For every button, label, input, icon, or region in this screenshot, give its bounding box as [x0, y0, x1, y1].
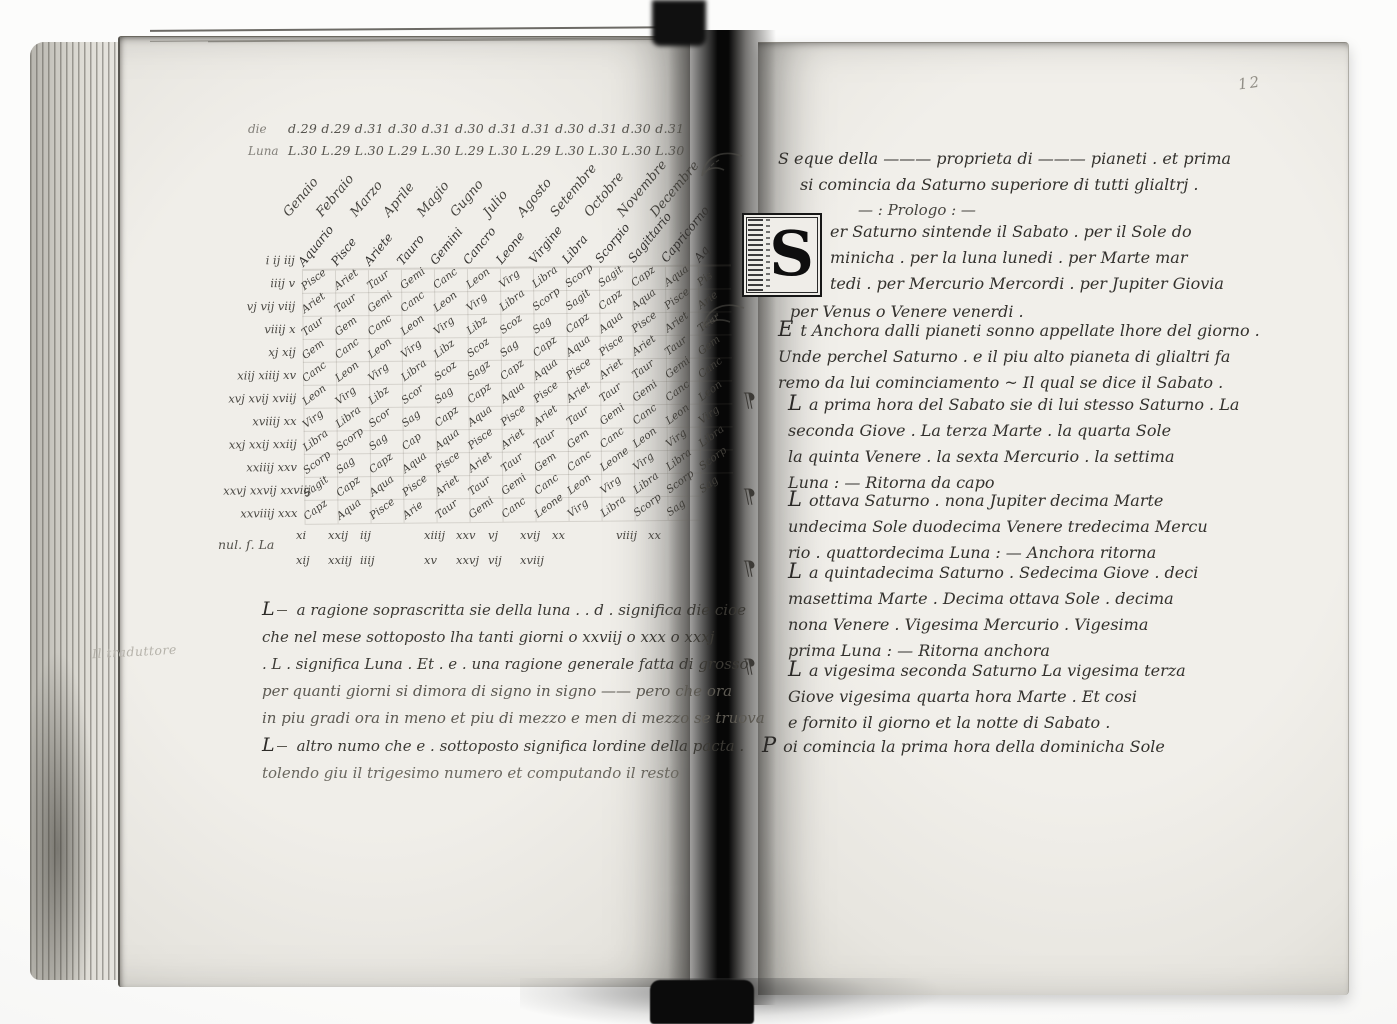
- zodiac-sign: Sagit: [563, 287, 592, 313]
- zodiac-sign: Pisce: [433, 449, 463, 475]
- zodiac-sign: Taur: [433, 497, 460, 521]
- zodiac-cell: Ariet: [502, 428, 535, 452]
- zodiac-sign: Leon: [631, 425, 659, 450]
- epact-value: [648, 553, 680, 567]
- zodiac-cell: Sag: [402, 406, 435, 430]
- zodiac-table: i ij iijAquarioPisceArieteTauroGeminiCan…: [220, 217, 733, 523]
- zodiac-sign: Leon: [431, 289, 459, 314]
- zodiac-sign: Ariet: [299, 290, 327, 315]
- luna-cell: L.29: [321, 143, 354, 158]
- note-initial: L: [262, 598, 287, 620]
- zodiac-sign: Pisce: [498, 402, 528, 428]
- paragraph-line: La prima hora del Sabato sie di lui stes…: [788, 390, 1239, 418]
- rubric-line-2: si comincia da Saturno superiore di tutt…: [800, 172, 1199, 198]
- zodiac-cell: Canc: [502, 497, 535, 522]
- zodiac-sign: Ariet: [466, 450, 494, 475]
- paragraph-initial: L: [788, 391, 802, 415]
- note-line: tolendo giu il trigesimo numero et compu…: [262, 760, 742, 787]
- die-cell: d.30: [555, 121, 588, 136]
- zodiac-sign: Canc: [565, 448, 594, 474]
- zodiac-cell: Scorp: [700, 449, 733, 473]
- zodiac-sign: Capz: [301, 497, 329, 522]
- zodiac-cell: Virg: [369, 361, 402, 385]
- folio-number: 12: [1237, 72, 1262, 93]
- zodiac-cell: Aqua: [337, 499, 370, 524]
- zodiac-sign: Pisce: [564, 356, 594, 382]
- epact-row-label: nul. ſ. La: [218, 537, 274, 552]
- zodiac-sign: Taur: [332, 291, 359, 315]
- luna-cell: L.30: [622, 143, 655, 158]
- day-numerals-label: xj xij: [222, 342, 303, 363]
- zodiac-sign: Canc: [333, 336, 362, 362]
- luna-cell: L.30: [488, 143, 521, 158]
- die-cell: d.31: [488, 121, 521, 136]
- epact-value: xxij: [328, 528, 360, 542]
- note-paragraph-pacta: Laltro numo che e . sottoposto significa…: [262, 732, 742, 787]
- day-numerals-label: viiij x: [221, 319, 302, 340]
- zodiac-cell: Sag: [667, 496, 700, 521]
- zodiac-sign: Scorp: [530, 285, 562, 313]
- epact-value: vij: [488, 553, 520, 567]
- zodiac-sign: Gemi: [597, 401, 627, 427]
- epact-value: xxiij: [328, 553, 360, 567]
- zodiac-sign: Aqua: [400, 450, 429, 476]
- zodiac-cell: Scorp: [634, 496, 667, 521]
- text-paragraph: La quintadecima Saturno . Sedecima Giove…: [788, 558, 1198, 664]
- zodiac-sign: Cancro: [460, 224, 499, 267]
- capitulum-mark-icon: ¶: [744, 388, 757, 412]
- zodiac-sign: Gemi: [466, 495, 496, 521]
- zodiac-sign: Scor: [366, 406, 393, 430]
- zodiac-cell: Pisce: [370, 499, 403, 524]
- paragraph-line: La vigesima seconda Saturno La vigesima …: [788, 656, 1186, 684]
- zodiac-sign: Gem: [532, 450, 559, 474]
- zodiac-sign: Capz: [432, 404, 460, 429]
- zodiac-sign: Ariet: [597, 356, 625, 381]
- zodiac-sign: Leon: [464, 266, 492, 291]
- day-numerals-label: iiij v: [221, 273, 302, 294]
- month-label: Agosto: [514, 176, 555, 220]
- zodiac-cell: Leon: [634, 427, 667, 451]
- quill-flourish-icon: [698, 146, 746, 194]
- zodiac-sign: Leon: [300, 382, 328, 407]
- zodiac-cell: Ariet: [633, 335, 666, 359]
- zodiac-sign: Canc: [366, 312, 395, 338]
- die-cell: d.31: [522, 121, 555, 136]
- paragraph-line: la quinta Venere . la sexta Mercurio . l…: [788, 444, 1239, 470]
- zodiac-cell: Virg: [434, 314, 467, 338]
- zodiac-sign: Scorp: [664, 468, 696, 496]
- zodiac-sign: Libz: [432, 337, 457, 360]
- prologue-line: minicha . per la luna lunedi . per Marte…: [830, 245, 1224, 271]
- zodiac-sign: Scor: [399, 383, 426, 407]
- zodiac-sign: Sagz: [465, 358, 493, 383]
- epact-row: xijxxiijiiijxvxxvjvijxviij: [296, 553, 680, 567]
- zodiac-sign: Scorpio: [592, 221, 632, 266]
- zodiac-sign: Gemi: [630, 378, 660, 404]
- zodiac-sign: Gemi: [663, 355, 693, 381]
- zodiac-cell: Leon: [434, 291, 467, 315]
- zodiac-sign: Leon: [333, 359, 361, 384]
- zodiac-cell: Pisce: [403, 475, 436, 499]
- epact-value: vj: [488, 528, 520, 542]
- zodiac-cell: Scoz: [435, 360, 468, 384]
- note-line: Laltro numo che e . sottoposto significa…: [262, 732, 742, 760]
- note-line: che nel mese sottoposto lha tanti giorni…: [262, 624, 742, 651]
- zodiac-cell: Scor: [402, 383, 435, 407]
- zodiac-cell: Scorp: [667, 473, 700, 497]
- zodiac-sign: Capz: [334, 474, 362, 499]
- luna-cell: L.29: [388, 143, 421, 158]
- zodiac-sign: Pisce: [629, 309, 659, 335]
- zodiac-sign: Leon: [366, 336, 394, 361]
- zodiac-sign: Virg: [464, 291, 489, 314]
- zodiac-sign: Sag: [664, 497, 687, 519]
- zodiac-sign: Libz: [464, 314, 489, 337]
- zodiac-sign: Libra: [497, 287, 527, 314]
- zodiac-sign: Leone: [493, 229, 527, 267]
- zodiac-cell: Arie: [403, 498, 436, 523]
- zodiac-sign: Virg: [565, 497, 590, 520]
- zodiac-sign: Gem: [333, 314, 360, 338]
- die-cell: d.29: [321, 121, 354, 136]
- capitulum-mark-icon: ¶: [744, 556, 757, 580]
- zodiac-sign: Aqua: [564, 333, 593, 359]
- epact-value: iij: [360, 528, 392, 542]
- luna-cell: L.30: [555, 143, 588, 158]
- zodiac-sign: Aqua: [596, 310, 625, 336]
- paragraph-initial: L: [788, 559, 802, 583]
- zodiac-sign: Ariete: [361, 230, 395, 268]
- zodiac-sign: Aqua: [465, 403, 494, 429]
- zodiac-sign: Scorp: [301, 449, 333, 477]
- zodiac-sign: Ariet: [630, 333, 658, 358]
- paragraph-line: nona Venere . Vigesima Mercurio . Vigesi…: [788, 612, 1198, 638]
- epact-value: xx: [648, 528, 680, 542]
- zodiac-sign: Aqua: [433, 426, 462, 452]
- zodiac-sign: Ariet: [433, 473, 461, 498]
- zodiac-sign: Sag: [498, 338, 521, 360]
- zodiac-cell: Scorp: [533, 290, 566, 314]
- zodiac-sign: Sag: [530, 315, 553, 337]
- text-paragraph: La prima hora del Sabato sie di lui stes…: [788, 390, 1239, 496]
- decorated-initial-S: S: [742, 213, 822, 297]
- paragraph-line: Poi comincia la prima hora della dominic…: [762, 732, 1165, 760]
- zodiac-sign: Canc: [300, 359, 329, 385]
- die-cell: d.31: [355, 121, 388, 136]
- epact-value: xxv: [456, 528, 488, 542]
- zodiac-sign: Capz: [629, 264, 657, 289]
- paragraph-initial: P: [762, 733, 776, 757]
- zodiac-sign: Sag: [367, 431, 390, 453]
- text-paragraph: La vigesima seconda Saturno La vigesima …: [788, 656, 1186, 736]
- initial-ornament-strip: [748, 219, 763, 291]
- epact-value: iiij: [360, 553, 392, 567]
- die-cell: d.31: [422, 121, 455, 136]
- zodiac-cell: Leon: [568, 474, 601, 498]
- prologue-paragraph: er Saturno sintende il Sabato . per il S…: [830, 219, 1224, 297]
- zodiac-sign: Ariet: [499, 426, 527, 451]
- zodiac-sign: Scorp: [334, 425, 366, 453]
- zodiac-cell: Taur: [436, 498, 469, 523]
- die-cell: d.29: [288, 121, 321, 136]
- zodiac-cell: Leon: [303, 384, 336, 408]
- paragraph-line: masettima Marte . Decima ottava Sole . d…: [788, 586, 1198, 612]
- epact-value: [584, 528, 616, 542]
- binding-bottom-shadow: [520, 978, 990, 1024]
- zodiac-sign: Pisce: [466, 426, 496, 452]
- zodiac-sign: Gemini: [427, 225, 465, 267]
- zodiac-cell: Gemi: [469, 498, 502, 523]
- day-numerals-label: xxiiij xxv: [223, 457, 304, 478]
- note-line: . L . significa Luna . Et . e . una ragi…: [262, 651, 742, 678]
- zodiac-sign: Libra: [559, 232, 590, 266]
- epact-value: xx: [552, 528, 584, 542]
- zodiac-sign: Sag: [399, 408, 422, 430]
- paragraph-initial: L: [788, 487, 802, 511]
- zodiac-sign: Libra: [598, 493, 628, 520]
- paragraph-line: Et Anchora dalli pianeti sonno appellate…: [778, 316, 1260, 344]
- zodiac-cell: Leon: [336, 361, 369, 385]
- luna-cell: L.30: [589, 143, 622, 158]
- zodiac-cell: Libra: [601, 496, 634, 521]
- zodiac-row: i ij iijAquarioPisceArieteTauroGeminiCan…: [220, 217, 730, 270]
- month-label: Julio: [481, 188, 512, 220]
- zodiac-cell: Leon: [467, 268, 500, 292]
- zodiac-sign: Virg: [431, 314, 456, 337]
- zodiac-cell: Leon: [699, 380, 732, 404]
- zodiac-sign: Capz: [596, 287, 624, 312]
- epact-value: xij: [296, 553, 328, 567]
- text-paragraph: Lottava Saturno . nona Jupiter decima Ma…: [788, 486, 1208, 566]
- epact-row: xixxijiijxiiijxxvvjxvijxxviiijxx: [296, 528, 680, 542]
- zodiac-sign: Pisce: [299, 267, 329, 293]
- day-numerals-label: xiij xiiij xv: [222, 365, 303, 386]
- zodiac-sign: Canc: [663, 378, 692, 404]
- epact-value: xvij: [520, 528, 552, 542]
- binding-top: [652, 0, 706, 46]
- zodiac-sign: Capz: [465, 381, 493, 406]
- note-line: in piu gradi ora in meno et piu di mezzo…: [262, 705, 742, 732]
- luna-row: Luna L.30L.29L.30L.29L.30L.29L.30L.29L.3…: [248, 143, 689, 158]
- zodiac-sign: Libra: [399, 357, 429, 384]
- luna-row-label: Luna: [248, 144, 288, 158]
- zodiac-sign: Aqua: [498, 380, 527, 406]
- zodiac-sign: Scoz: [497, 312, 524, 337]
- initial-letter: S: [769, 215, 814, 293]
- die-cell: d.30: [388, 121, 421, 136]
- die-cell: d.30: [622, 121, 655, 136]
- epact-value: [616, 553, 648, 567]
- zodiac-sign: Scoz: [465, 336, 492, 361]
- paragraph-line: Lottava Saturno . nona Jupiter decima Ma…: [788, 486, 1208, 514]
- paragraph-line: Giove vigesima quarta hora Marte . Et co…: [788, 684, 1186, 710]
- zodiac-sign: Sagit: [596, 263, 625, 289]
- die-row-label: die: [248, 122, 288, 136]
- zodiac-sign: Aqua: [334, 496, 363, 522]
- zodiac-sign: Sag: [697, 474, 720, 496]
- zodiac-sign: Leon: [398, 312, 426, 337]
- zodiac-sign: Pisce: [328, 235, 359, 269]
- day-numerals-label: vj vij viij: [221, 296, 302, 317]
- day-numerals-label: xvj xvij xviij: [222, 388, 303, 409]
- day-numerals-label: i ij iij: [221, 250, 302, 271]
- note-line: La ragione soprascritta sie della luna .…: [262, 596, 742, 624]
- zodiac-sign: Scorp: [697, 444, 729, 472]
- zodiac-cell: Leon: [369, 338, 402, 362]
- zodiac-sign: Ariet: [662, 310, 690, 335]
- zodiac-sign: Ariet: [564, 380, 592, 405]
- paragraph-line: Unde perchel Saturno . e il piu alto pia…: [778, 344, 1260, 370]
- zodiac-cell: Virg: [568, 497, 601, 522]
- die-cell: d.31: [589, 121, 622, 136]
- epact-value: [392, 553, 424, 567]
- paragraph-line: undecima Sole duodecima Venere tredecima…: [788, 514, 1208, 540]
- quill-flourish-icon: [700, 300, 746, 340]
- day-numerals-label: xxviiij xxx: [223, 503, 304, 524]
- zodiac-cell: Ariet: [335, 269, 368, 293]
- zodiac-cell: Capz: [304, 499, 337, 524]
- zodiac-cell: Scoz: [500, 313, 533, 337]
- day-numerals-label: xxj xxij xxiij: [223, 434, 304, 455]
- luna-cell: L.30: [422, 143, 455, 158]
- epact-value: viiij: [616, 528, 648, 542]
- day-numerals-label: xviiij xx: [222, 411, 303, 432]
- zodiac-cell: Ariet: [469, 452, 502, 476]
- zodiac-cell: Leone: [535, 497, 568, 522]
- note-initial: L: [262, 734, 287, 756]
- zodiac-sign: Canc: [431, 266, 460, 292]
- zodiac-sign: Capz: [531, 334, 559, 359]
- zodiac-sign: Gemi: [499, 471, 529, 497]
- die-cell: d.31: [655, 121, 688, 136]
- zodiac-sign: Capz: [498, 357, 526, 382]
- zodiac-cell: Libra: [402, 360, 435, 384]
- zodiac-sign: Sag: [334, 455, 357, 477]
- zodiac-sign: Canc: [398, 289, 427, 315]
- zodiac-sign: Scorp: [563, 262, 595, 290]
- die-cell: d.30: [455, 121, 488, 136]
- zodiac-sign: Pisce: [531, 379, 561, 405]
- capitulum-mark-icon: ¶: [744, 484, 757, 508]
- month-label: Aprile: [381, 180, 418, 220]
- zodiac-sign: Gemi: [365, 289, 395, 315]
- zodiac-sign: Pisce: [400, 472, 430, 498]
- zodiac-sign: Canc: [630, 402, 659, 428]
- zodiac-cell: Leon: [401, 314, 434, 338]
- text-paragraph: Et Anchora dalli pianeti sonno appellate…: [778, 316, 1260, 396]
- zodiac-sign: Libz: [366, 384, 391, 407]
- zodiac-sign: Pis: [695, 270, 715, 289]
- zodiac-sign: Pisce: [662, 286, 692, 312]
- die-row: die d.29d.29d.31d.30d.31d.30d.31d.31d.30…: [248, 121, 689, 136]
- zodiac-sign: Aqua: [629, 286, 658, 312]
- zodiac-sign: Scorp: [631, 491, 663, 519]
- zodiac-sign: Aqua: [367, 473, 396, 499]
- binding-bottom: [650, 980, 754, 1024]
- zodiac-sign: Leon: [696, 378, 724, 403]
- zodiac-sign: Taur: [532, 427, 559, 451]
- paragraph-initial: L: [788, 657, 802, 681]
- zodiac-sign: Aq: [691, 243, 712, 265]
- epact-value: xv: [424, 553, 456, 567]
- zodiac-cell: Scorp: [337, 430, 370, 454]
- zodiac-sign: Pisce: [367, 496, 397, 522]
- paragraph-initial: E: [778, 317, 793, 341]
- note-line: per quanti giorni si dimora di signo in …: [262, 678, 742, 705]
- zodiac-sign: Gem: [565, 427, 592, 451]
- zodiac-sign: Sag: [432, 385, 455, 407]
- zodiac-sign: Taur: [564, 404, 591, 428]
- zodiac-sign: Ariet: [332, 267, 360, 292]
- luna-cell: L.30: [655, 143, 688, 158]
- paragraph-line: seconda Giove . La terza Marte . la quar…: [788, 418, 1239, 444]
- epact-value: xiiij: [424, 528, 456, 542]
- zodiac-sign: Aqua: [662, 263, 691, 289]
- prologue-line: er Saturno sintende il Sabato . per il S…: [830, 219, 1224, 245]
- zodiac-cell: Virg: [467, 291, 500, 315]
- zodiac-cell: Ariet: [567, 382, 600, 406]
- zodiac-sign: Virgine: [526, 223, 565, 266]
- rubric-line-1: S eque della ——— proprieta di ——— pianet…: [778, 146, 1231, 172]
- zodiac-sign: Leon: [565, 472, 593, 497]
- zodiac-sign: Taur: [300, 315, 327, 339]
- zodiac-cell: Leone: [601, 450, 634, 474]
- page-stack-edges: [30, 42, 122, 980]
- zodiac-sign: Sagit: [301, 474, 330, 500]
- zodiac-cell: Ariet: [665, 312, 698, 336]
- zodiac-sign: Leon: [663, 402, 691, 427]
- zodiac-sign: Gem: [300, 338, 327, 362]
- luna-cell: L.30: [288, 143, 321, 158]
- month-headers: GenaioFebraioMarzoAprileMagioGugnoJulioA…: [292, 158, 712, 220]
- zodiac-sign: Arie: [400, 499, 425, 522]
- zodiac-sign: Tauro: [394, 232, 427, 268]
- zodiac-cell: Sag: [700, 472, 733, 496]
- paragraph-line: La quintadecima Saturno . Sedecima Giove…: [788, 558, 1198, 586]
- zodiac-cell: Ariet: [534, 405, 567, 429]
- zodiac-sign: Pisce: [597, 332, 627, 358]
- capitulum-mark-icon: ¶: [744, 654, 757, 678]
- epact-value: [584, 553, 616, 567]
- epact-value: xxvj: [456, 553, 488, 567]
- epact-value: xi: [296, 528, 328, 542]
- zodiac-cell: Ariet: [302, 292, 335, 316]
- zodiac-sign: Aqua: [531, 356, 560, 382]
- month-label: Magio: [414, 179, 452, 220]
- note-paragraph-luna: La ragione soprascritta sie della luna .…: [262, 596, 742, 732]
- zodiac-cell: Scor: [369, 407, 402, 431]
- luna-cell: L.30: [355, 143, 388, 158]
- zodiac-sign: Virg: [366, 361, 391, 384]
- epact-value: [552, 553, 584, 567]
- luna-cell: L.29: [455, 143, 488, 158]
- zodiac-sign: Gemi: [398, 265, 428, 291]
- zodiac-sign: Canc: [696, 355, 725, 381]
- text-paragraph: Poi comincia la prima hora della dominic…: [762, 732, 1165, 760]
- zodiac-cell: Ariet: [436, 475, 469, 499]
- zodiac-sign: Capz: [563, 311, 591, 336]
- manuscript-photo: die d.29d.29d.31d.30d.31d.30d.31d.31d.30…: [0, 0, 1397, 1024]
- prologue-line: tedi . per Mercurio Mercordi . per Jupit…: [830, 271, 1224, 297]
- epact-value: [392, 528, 424, 542]
- zodiac-cell: Pis: [698, 265, 731, 289]
- luna-cell: L.29: [522, 143, 555, 158]
- day-numerals-label: xxvj xxvij xxviij: [223, 480, 304, 501]
- zodiac-sign: Scoz: [432, 359, 459, 384]
- month-label: Gugno: [448, 177, 487, 220]
- zodiac-cell: Leon: [666, 404, 699, 428]
